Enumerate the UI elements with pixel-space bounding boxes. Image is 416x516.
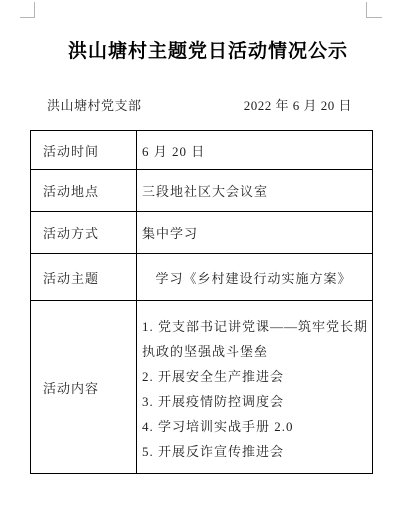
margin-crop-mark-top-left	[20, 2, 35, 18]
table-row-content: 活动内容 1. 党支部书记讲党课——筑牢党长期执政的坚强战斗堡垒 2. 开展安全…	[31, 301, 373, 474]
margin-crop-mark-top-right	[366, 2, 382, 18]
content-line: 2. 开展安全生产推进会	[142, 364, 370, 389]
row-value: 1. 党支部书记讲党课——筑牢党长期执政的坚强战斗堡垒 2. 开展安全生产推进会…	[137, 301, 373, 474]
document-title: 洪山塘村主题党日活动情况公示	[0, 36, 416, 63]
content-line: 1. 党支部书记讲党课——筑牢党长期执政的坚强战斗堡垒	[142, 314, 370, 364]
publish-date: 2022 年 6 月 20 日	[244, 95, 352, 114]
row-value: 集中学习	[137, 212, 373, 254]
row-label: 活动主题	[31, 254, 137, 301]
row-value: 学习《乡村建设行动实施方案》	[137, 254, 373, 301]
table-row-method: 活动方式 集中学习	[31, 212, 373, 254]
row-value: 6 月 20 日	[137, 131, 373, 170]
row-label: 活动内容	[31, 301, 137, 474]
row-label: 活动时间	[31, 131, 137, 170]
row-label: 活动地点	[31, 170, 137, 212]
row-value: 三段地社区大会议室	[137, 170, 373, 212]
content-line: 4. 学习培训实战手册 2.0	[142, 414, 370, 439]
byline-row: 洪山塘村党支部 2022 年 6 月 20 日	[47, 95, 352, 114]
table-row-time: 活动时间 6 月 20 日	[31, 131, 373, 170]
activity-table: 活动时间 6 月 20 日 活动地点 三段地社区大会议室 活动方式 集中学习 活…	[30, 130, 373, 474]
organization-name: 洪山塘村党支部	[47, 95, 142, 114]
row-label: 活动方式	[31, 212, 137, 254]
content-line: 5. 开展反诈宣传推进会	[142, 439, 370, 464]
table-row-theme: 活动主题 学习《乡村建设行动实施方案》	[31, 254, 373, 301]
table-row-place: 活动地点 三段地社区大会议室	[31, 170, 373, 212]
content-line: 3. 开展疫情防控调度会	[142, 389, 370, 414]
document-page: 洪山塘村主题党日活动情况公示 洪山塘村党支部 2022 年 6 月 20 日 活…	[0, 0, 416, 516]
